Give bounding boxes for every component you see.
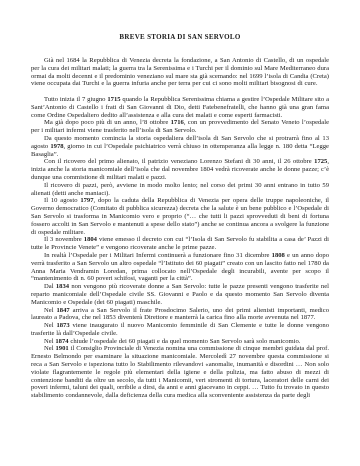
text-segment: Il 3 novembre: [44, 236, 84, 243]
bold-year: 1804: [84, 236, 97, 243]
bold-year: 1978: [50, 143, 63, 150]
paragraph: Il 3 novembre 1804 viene emesso il decre…: [31, 236, 329, 252]
document-body: Già nel 1684 la Repubblica di Venezia de…: [31, 57, 329, 400]
paragraph: Il ricovero di pazzi, però, avviene in m…: [31, 182, 329, 198]
paragraph: Ma già dopo poco più di un anno, l’8 ott…: [31, 119, 329, 135]
paragraph: Nel 1847 arriva a San Servolo il frate P…: [31, 307, 329, 323]
paragraph: In realtà l’Ospedale per i Militari Infe…: [31, 252, 329, 283]
paragraph: Da questo momento comincia la storia osp…: [31, 135, 329, 158]
text-segment: Nel: [44, 322, 56, 329]
paragraph: Il 10 agosto 1797, dopo la caduta della …: [31, 197, 329, 236]
text-segment: non vengono più ricoverate donne a San S…: [31, 283, 329, 306]
bold-year: 1716: [171, 119, 184, 126]
text-segment: Nel: [44, 345, 56, 352]
text-segment: Nel: [44, 338, 55, 345]
bold-year: 1874: [55, 338, 68, 345]
paragraph: Con il ricovero del primo alienato, il p…: [31, 158, 329, 181]
text-segment: il Consiglio Provinciale di Venezia nomi…: [31, 345, 329, 399]
text-segment: , giorno in cui l’Ospedale psichiatrico …: [31, 143, 329, 158]
bold-year: 1725: [314, 158, 327, 165]
paragraph: Nel 1873 viene inaugurato il nuovo Manic…: [31, 322, 329, 338]
page-title: BREVE STORIA DI SAN SERVOLO: [31, 33, 329, 41]
text-segment: Con il ricovero del primo alienato, il p…: [44, 158, 314, 165]
paragraph: Tutto inizia il 7 giugno 1715 quando la …: [31, 96, 329, 119]
bold-year: 1847: [56, 307, 69, 314]
document-page: BREVE STORIA DI SAN SERVOLO Già nel 1684…: [0, 0, 360, 466]
text-segment: Già nel 1684 la Repubblica di Venezia de…: [31, 57, 329, 87]
text-segment: Il 10 agosto: [44, 197, 80, 204]
text-segment: chiude l’ospedale dei 60 piagati e da qu…: [69, 338, 301, 345]
text-segment: In realtà l’Ospedale per i Militari Infe…: [44, 252, 272, 259]
paragraph: Dal 1834 non vengono più ricoverate donn…: [31, 283, 329, 306]
text-segment: Il ricovero di pazzi, però, avviene in m…: [31, 182, 329, 197]
bold-year: 1901: [56, 345, 69, 352]
text-segment: Ma già dopo poco più di un anno, l’8 ott…: [44, 119, 171, 126]
text-segment: arriva a San Servolo il frate Prosdocimo…: [31, 307, 329, 322]
text-segment: viene inaugurato il nuovo Manicomio femm…: [31, 322, 329, 337]
paragraph: Nel 1874 chiude l’ospedale dei 60 piagat…: [31, 338, 329, 346]
paragraph: Nel 1901 il Consiglio Provinciale di Ven…: [31, 345, 329, 400]
bold-year: 1715: [107, 96, 120, 103]
text-segment: Tutto inizia il 7 giugno: [44, 96, 107, 103]
bold-year: 1797: [80, 197, 93, 204]
paragraph: Già nel 1684 la Repubblica di Venezia de…: [31, 57, 329, 88]
text-segment: Dal: [44, 283, 56, 290]
bold-year: 1808: [272, 252, 285, 259]
bold-year: 1834: [56, 283, 69, 290]
bold-year: 1873: [56, 322, 69, 329]
text-segment: Nel: [44, 307, 56, 314]
